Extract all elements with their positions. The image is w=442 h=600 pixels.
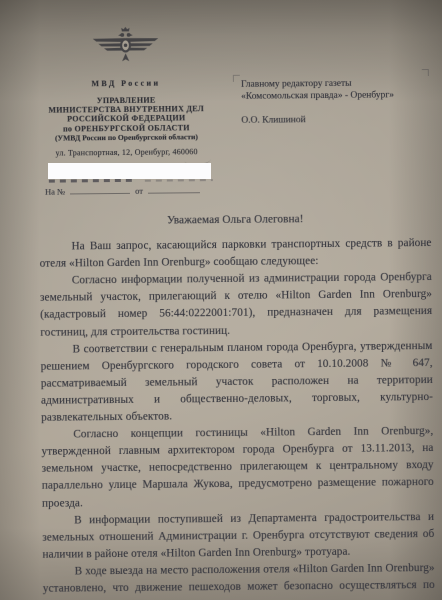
ref-date-blank (148, 184, 200, 193)
ref-no-label: На № (45, 186, 65, 196)
letter-body: Уважаемая Ольга Олеговна! На Ваш запрос,… (39, 210, 435, 598)
ref-number-blank (70, 185, 130, 195)
paragraph: В соответствии с генеральным планом горо… (40, 338, 433, 427)
mvd-eagle-emblem-icon (89, 27, 161, 68)
paragraph: Согласно концепции гостиницы «Hilton Gar… (41, 423, 434, 512)
redaction-box (48, 163, 211, 179)
salutation: Уважаемая Ольга Олеговна! (39, 210, 431, 231)
reference-number-line: На №от (45, 184, 205, 197)
recipient-block: Главному редактору газеты «Комсомольская… (241, 77, 433, 127)
org-name: УПРАВЛЕНИЕ МИНИСТЕРСТВА ВНУТРЕННИХ ДЕЛ Р… (26, 95, 226, 134)
redacted-text-remnants (49, 179, 133, 183)
scanned-letter-photo: МВД России УПРАВЛЕНИЕ МИНИСТЕРСТВА ВНУТР… (0, 0, 442, 600)
letter-paper: МВД России УПРАВЛЕНИЕ МИНИСТЕРСТВА ВНУТР… (0, 0, 442, 600)
recipient-name: О.О. Клишиной (241, 113, 433, 127)
redacted-text-remnants (145, 179, 213, 182)
paragraph: На Ваш запрос, касающийся парковки транс… (39, 235, 431, 273)
recipient-corner-mark (233, 75, 240, 82)
recipient-organization: «Комсомольская правда» - Оренбург» (241, 89, 433, 103)
letterhead: МВД России УПРАВЛЕНИЕ МИНИСТЕРСТВА ВНУТР… (25, 26, 226, 158)
paragraph: В ходе выезда на место расположения отел… (43, 560, 435, 598)
paragraph: Согласно информации полученной из админи… (40, 269, 433, 341)
ministry-short-name: МВД России (26, 78, 226, 89)
org-abbreviation: (УМВД России по Оренбургской области) (26, 132, 226, 143)
recipient-corner-mark (422, 69, 429, 76)
ref-from-label: от (135, 186, 143, 196)
paragraph: В информации поступившей из Департамента… (42, 509, 434, 564)
